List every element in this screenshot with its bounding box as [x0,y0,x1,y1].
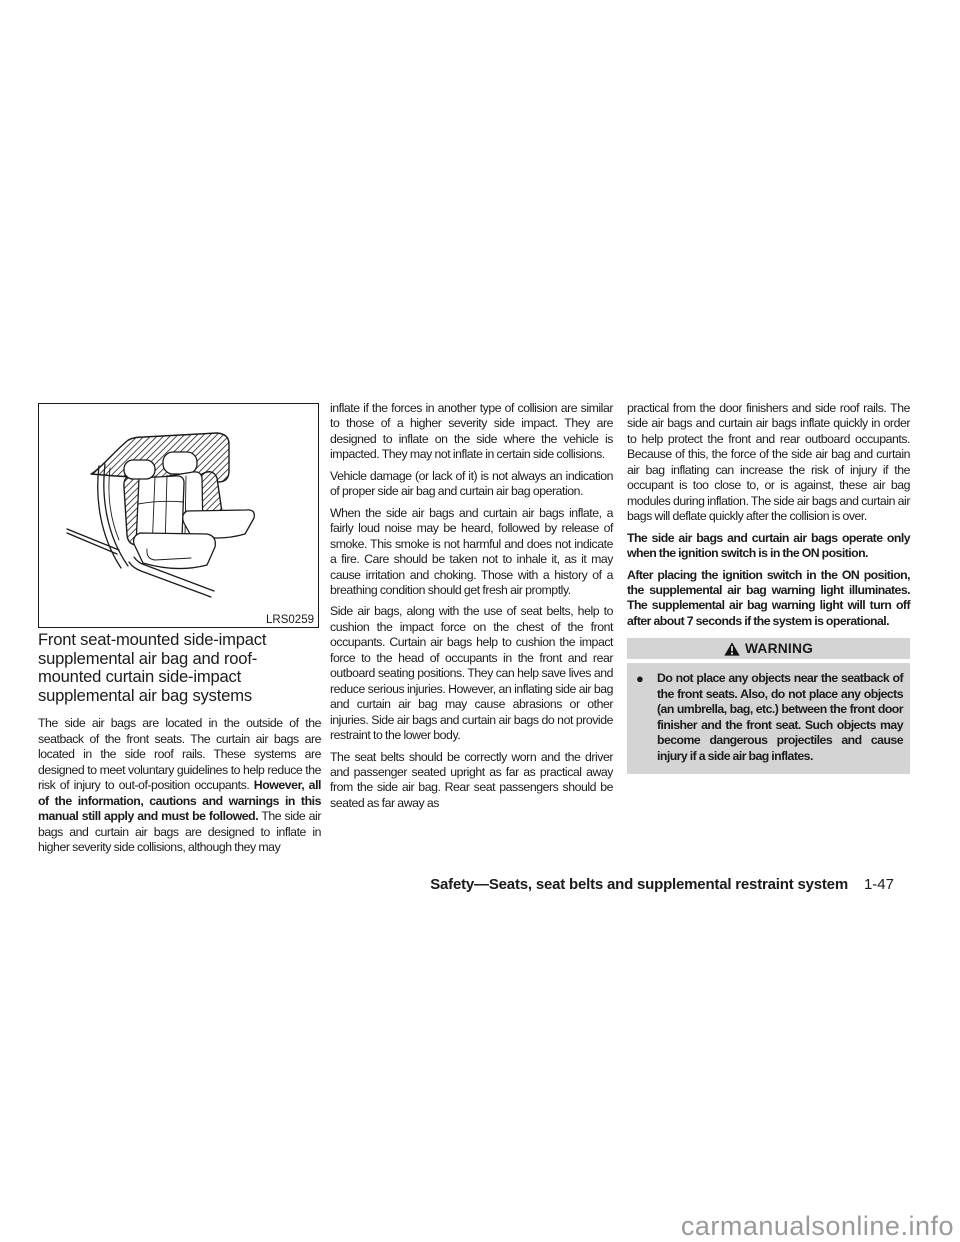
column-1: Front seat-mounted side-impact supplemen… [38,631,321,861]
rear-headrest [163,452,197,474]
warning-header: WARNING [627,638,910,659]
paragraph: Vehicle damage (or lack of it) is not al… [330,469,613,500]
warning-box: WARNING ● Do not place any objects near … [627,638,910,774]
warning-item: ● Do not place any objects near the seat… [633,671,903,764]
col1-paragraph: The side air bags are located in the out… [38,716,321,855]
column-2: inflate if the forces in another type of… [330,401,613,817]
airbag-illustration [39,404,316,624]
paragraph: Side air bags, along with the use of sea… [330,604,613,743]
paragraph: inflate if the forces in another type of… [330,401,613,463]
footer-section-title: Safety—Seats, seat belts and supplementa… [430,876,848,893]
bullet-marker: ● [633,671,657,764]
bold-paragraph: The side air bags and curtain air bags o… [627,531,910,562]
figure-label: LRS0259 [266,614,314,626]
warning-title: WARNING [745,641,813,656]
paragraph: practical from the door finishers and si… [627,401,910,525]
paragraph: When the side air bags and curtain air b… [330,506,613,599]
warning-body: ● Do not place any objects near the seat… [627,663,910,774]
figure-box: LRS0259 [38,403,319,628]
footer-page-number: 1-47 [864,876,894,893]
warning-text: Do not place any objects near the seatba… [657,671,903,764]
page-footer: Safety—Seats, seat belts and supplementa… [430,876,894,893]
watermark: carmanualsonline.info [681,1211,954,1242]
bold-paragraph: After placing the ignition switch in the… [627,568,910,630]
front-cushion [134,533,216,569]
warning-triangle-icon [724,642,740,656]
column-3: practical from the door finishers and si… [627,401,910,774]
paragraph: The seat belts should be correctly worn … [330,750,613,812]
front-headrest [124,460,155,479]
section-heading: Front seat-mounted side-impact supplemen… [38,631,321,705]
